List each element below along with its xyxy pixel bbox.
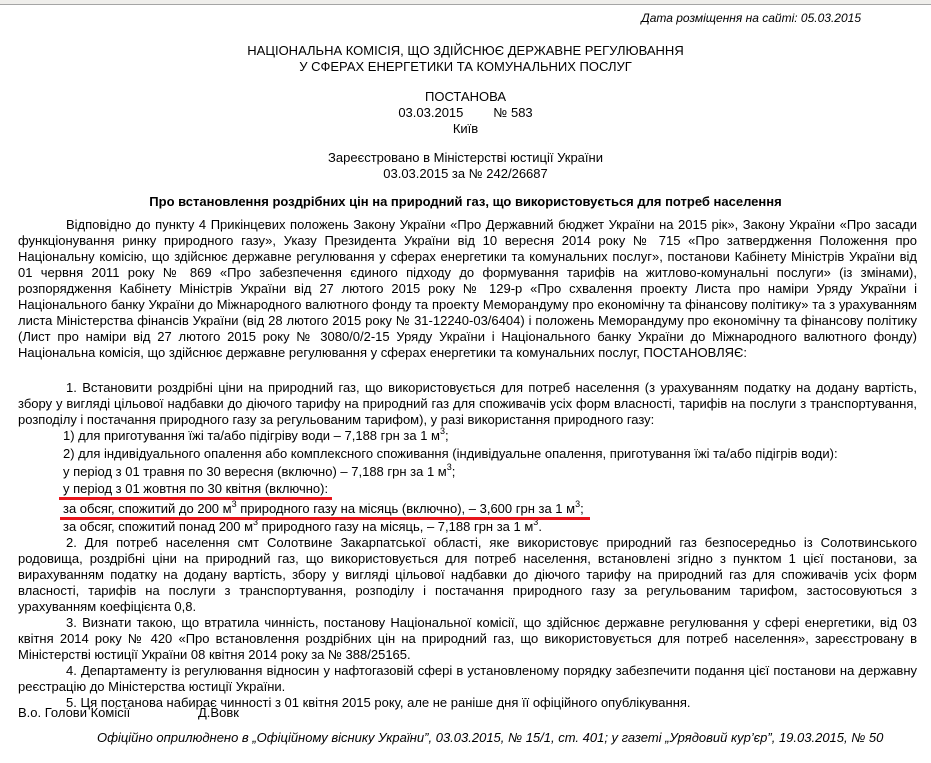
item-1: 1. Встановити роздрібні ціни на природни… xyxy=(18,380,917,428)
item-4: 4. Департаменту із регулювання відносин … xyxy=(18,663,917,695)
posted-date: Дата розміщення на сайті: 05.03.2015 xyxy=(641,11,861,25)
decree-city: Київ xyxy=(0,121,931,137)
item-1-2-summer: у період з 01 травня по 30 вересня (вклю… xyxy=(18,464,917,480)
signatory-position: В.о. Голови Комісії xyxy=(18,705,198,720)
document-title: Про встановлення роздрібних цін на приро… xyxy=(0,194,931,210)
item-2: 2. Для потреб населення смт Солотвине За… xyxy=(18,535,917,615)
registration-line-2: 03.03.2015 за № 242/26687 xyxy=(0,166,931,182)
decree-date: 03.03.2015 xyxy=(398,105,463,121)
decree-items: 1. Встановити роздрібні ціни на природни… xyxy=(18,380,917,711)
authority-line-1: НАЦІОНАЛЬНА КОМІСІЯ, ЩО ЗДІЙСНЮЄ ДЕРЖАВН… xyxy=(0,43,931,59)
item-1-2-winter-up-to-200: за обсяг, спожитий до 200 м3 природного … xyxy=(18,501,917,517)
publication-note: Офіційно оприлюднено в „Офіційному вісни… xyxy=(97,730,883,745)
signature-block: В.о. Голови КомісіїД.Вовк xyxy=(18,705,239,720)
decree-type: ПОСТАНОВА xyxy=(0,89,931,105)
item-1-2: 2) для індивідуального опалення або комп… xyxy=(18,446,917,462)
authority-line-2: У СФЕРАХ ЕНЕРГЕТИКИ ТА КОМУНАЛЬНИХ ПОСЛУ… xyxy=(0,59,931,75)
item-1-1: 1) для приготування їжі та/або підігріву… xyxy=(18,428,917,444)
issuing-authority: НАЦІОНАЛЬНА КОМІСІЯ, ЩО ЗДІЙСНЮЄ ДЕРЖАВН… xyxy=(0,43,931,75)
signatory-name: Д.Вовк xyxy=(198,705,239,720)
browser-top-border xyxy=(0,0,931,5)
decree-block: ПОСТАНОВА 03.03.2015№ 583 Київ xyxy=(0,89,931,137)
item-3: 3. Визнати такою, що втратила чинність, … xyxy=(18,615,917,663)
decree-date-number: 03.03.2015№ 583 xyxy=(0,105,931,121)
item-1-2-winter: у період з 01 жовтня по 30 квітня (включ… xyxy=(18,481,917,497)
registration-block: Зареєстровано в Міністерстві юстиції Укр… xyxy=(0,150,931,182)
decree-number: № 583 xyxy=(493,105,532,121)
preamble: Відповідно до пункту 4 Прикінцевих полож… xyxy=(18,217,917,361)
highlight-underline-winter-period: у період з 01 жовтня по 30 квітня (включ… xyxy=(63,481,328,497)
item-1-2-winter-over-200: за обсяг, спожитий понад 200 м3 природно… xyxy=(18,519,917,535)
highlight-underline-reduced-price: за обсяг, спожитий до 200 м3 природного … xyxy=(63,501,584,517)
registration-line-1: Зареєстровано в Міністерстві юстиції Укр… xyxy=(0,150,931,166)
preamble-text: Відповідно до пункту 4 Прикінцевих полож… xyxy=(18,217,917,361)
